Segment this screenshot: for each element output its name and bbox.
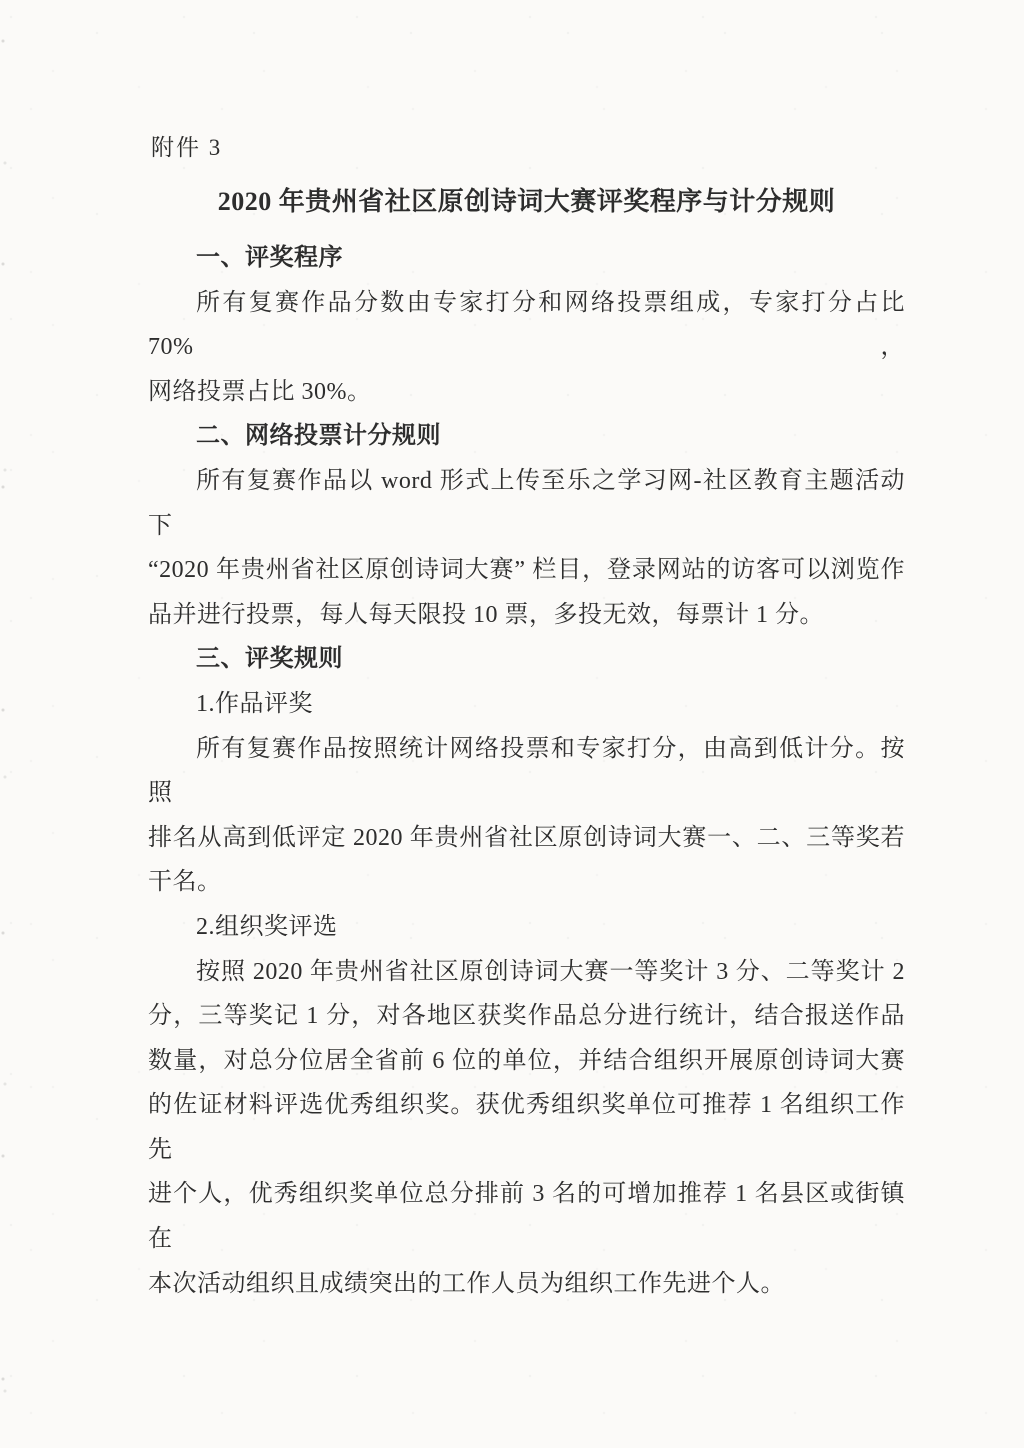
section-heading: 一、评奖程序 (148, 236, 905, 281)
document-body: 一、评奖程序所有复赛作品分数由专家打分和网络投票组成，专家打分占比 70%，网络… (148, 236, 905, 1306)
section-heading: 三、评奖规则 (148, 637, 905, 682)
text-line: “2020 年贵州省社区原创诗词大赛” 栏目，登录网站的访客可以浏览作 (148, 548, 905, 593)
document-title: 2020 年贵州省社区原创诗词大赛评奖程序与计分规则 (148, 181, 905, 218)
text-line: 所有复赛作品分数由专家打分和网络投票组成，专家打分占比 70%， (148, 281, 905, 370)
text-line: 网络投票占比 30%。 (148, 370, 905, 415)
attachment-label: 附件 3 (151, 129, 222, 162)
text-line: 品并进行投票，每人每天限投 10 票，多投无效，每票计 1 分。 (148, 593, 905, 638)
text-line: 本次活动组织且成绩突出的工作人员为组织工作先进个人。 (148, 1262, 905, 1307)
sub-heading: 1.作品评奖 (148, 682, 905, 727)
text-line: 干名。 (148, 860, 905, 905)
text-line: 所有复赛作品以 word 形式上传至乐之学习网-社区教育主题活动下 (148, 459, 905, 548)
text-line: 按照 2020 年贵州省社区原创诗词大赛一等奖计 3 分、二等奖计 2 (148, 950, 905, 995)
text-line: 进个人，优秀组织奖单位总分排前 3 名的可增加推荐 1 名县区或街镇在 (148, 1172, 905, 1261)
text-line: 数量，对总分位居全省前 6 位的单位，并结合组织开展原创诗词大赛 (148, 1039, 905, 1084)
text-line: 所有复赛作品按照统计网络投票和专家打分，由高到低计分。按照 (148, 727, 905, 816)
document-page: 附件 3 2020 年贵州省社区原创诗词大赛评奖程序与计分规则 一、评奖程序所有… (0, 0, 1024, 1448)
text-line: 的佐证材料评选优秀组织奖。获优秀组织奖单位可推荐 1 名组织工作先 (148, 1083, 905, 1172)
scan-edge-noise (0, 0, 8, 1448)
section-heading: 二、网络投票计分规则 (148, 414, 905, 459)
sub-heading: 2.组织奖评选 (148, 905, 905, 950)
text-line: 排名从高到低评定 2020 年贵州省社区原创诗词大赛一、二、三等奖若 (148, 816, 905, 861)
text-line: 分，三等奖记 1 分，对各地区获奖作品总分进行统计，结合报送作品 (148, 994, 905, 1039)
